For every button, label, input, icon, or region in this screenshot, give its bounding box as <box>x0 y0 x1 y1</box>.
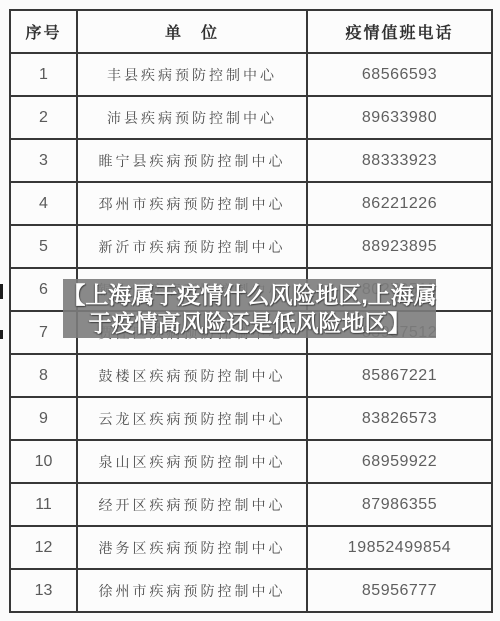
header-phone: 疫情值班电话 <box>307 10 492 53</box>
row-seq: 12 <box>10 526 77 569</box>
row-seq: 8 <box>10 354 77 397</box>
row-unit: 邳州市疾病预防控制中心 <box>77 182 307 225</box>
row-phone: 85867221 <box>307 354 492 397</box>
row-seq: 4 <box>10 182 77 225</box>
watermark-caption-overlay: 【上海属于疫情什么风险地区,上海属 于疫情高风险还是低风险地区】 <box>63 279 436 338</box>
row-seq: 5 <box>10 225 77 268</box>
row-unit: 港务区疾病预防控制中心 <box>77 526 307 569</box>
row-phone: 85956777 <box>307 569 492 612</box>
row-unit: 经开区疾病预防控制中心 <box>77 483 307 526</box>
table-row: 9 云龙区疾病预防控制中心 83826573 <box>10 397 492 440</box>
row-seq: 9 <box>10 397 77 440</box>
row-phone: 88333923 <box>307 139 492 182</box>
table-header-row: 序号 单 位 疫情值班电话 <box>10 10 492 53</box>
row-phone: 68566593 <box>307 53 492 96</box>
table-row: 11 经开区疾病预防控制中心 87986355 <box>10 483 492 526</box>
row-phone: 68959922 <box>307 440 492 483</box>
row-unit: 鼓楼区疾病预防控制中心 <box>77 354 307 397</box>
table-row: 1 丰县疾病预防控制中心 68566593 <box>10 53 492 96</box>
row-seq: 13 <box>10 569 77 612</box>
table-row: 12 港务区疾病预防控制中心 19852499854 <box>10 526 492 569</box>
row-unit: 泉山区疾病预防控制中心 <box>77 440 307 483</box>
row-seq: 11 <box>10 483 77 526</box>
row-seq: 2 <box>10 96 77 139</box>
row-phone: 88923895 <box>307 225 492 268</box>
row-unit: 沛县疾病预防控制中心 <box>77 96 307 139</box>
row-seq: 3 <box>10 139 77 182</box>
table-row: 10 泉山区疾病预防控制中心 68959922 <box>10 440 492 483</box>
table-row: 5 新沂市疾病预防控制中心 88923895 <box>10 225 492 268</box>
table-row: 2 沛县疾病预防控制中心 89633980 <box>10 96 492 139</box>
header-unit: 单 位 <box>77 10 307 53</box>
table-row: 13 徐州市疾病预防控制中心 85956777 <box>10 569 492 612</box>
row-phone: 19852499854 <box>307 526 492 569</box>
row-unit: 新沂市疾病预防控制中心 <box>77 225 307 268</box>
row-phone: 86221226 <box>307 182 492 225</box>
row-unit: 睢宁县疾病预防控制中心 <box>77 139 307 182</box>
table-row: 8 鼓楼区疾病预防控制中心 85867221 <box>10 354 492 397</box>
row-unit: 丰县疾病预防控制中心 <box>77 53 307 96</box>
row-seq: 10 <box>10 440 77 483</box>
left-edge-artifact <box>0 330 3 339</box>
row-phone: 89633980 <box>307 96 492 139</box>
left-edge-artifact <box>0 284 3 299</box>
row-unit: 徐州市疾病预防控制中心 <box>77 569 307 612</box>
table-row: 4 邳州市疾病预防控制中心 86221226 <box>10 182 492 225</box>
row-phone: 87986355 <box>307 483 492 526</box>
row-phone: 83826573 <box>307 397 492 440</box>
row-unit: 云龙区疾病预防控制中心 <box>77 397 307 440</box>
header-seq: 序号 <box>10 10 77 53</box>
caption-line-1: 【上海属于疫情什么风险地区,上海属 <box>62 281 436 309</box>
table-row: 3 睢宁县疾病预防控制中心 88333923 <box>10 139 492 182</box>
row-seq: 1 <box>10 53 77 96</box>
caption-line-2: 于疫情高风险还是低风险地区】 <box>89 309 411 337</box>
